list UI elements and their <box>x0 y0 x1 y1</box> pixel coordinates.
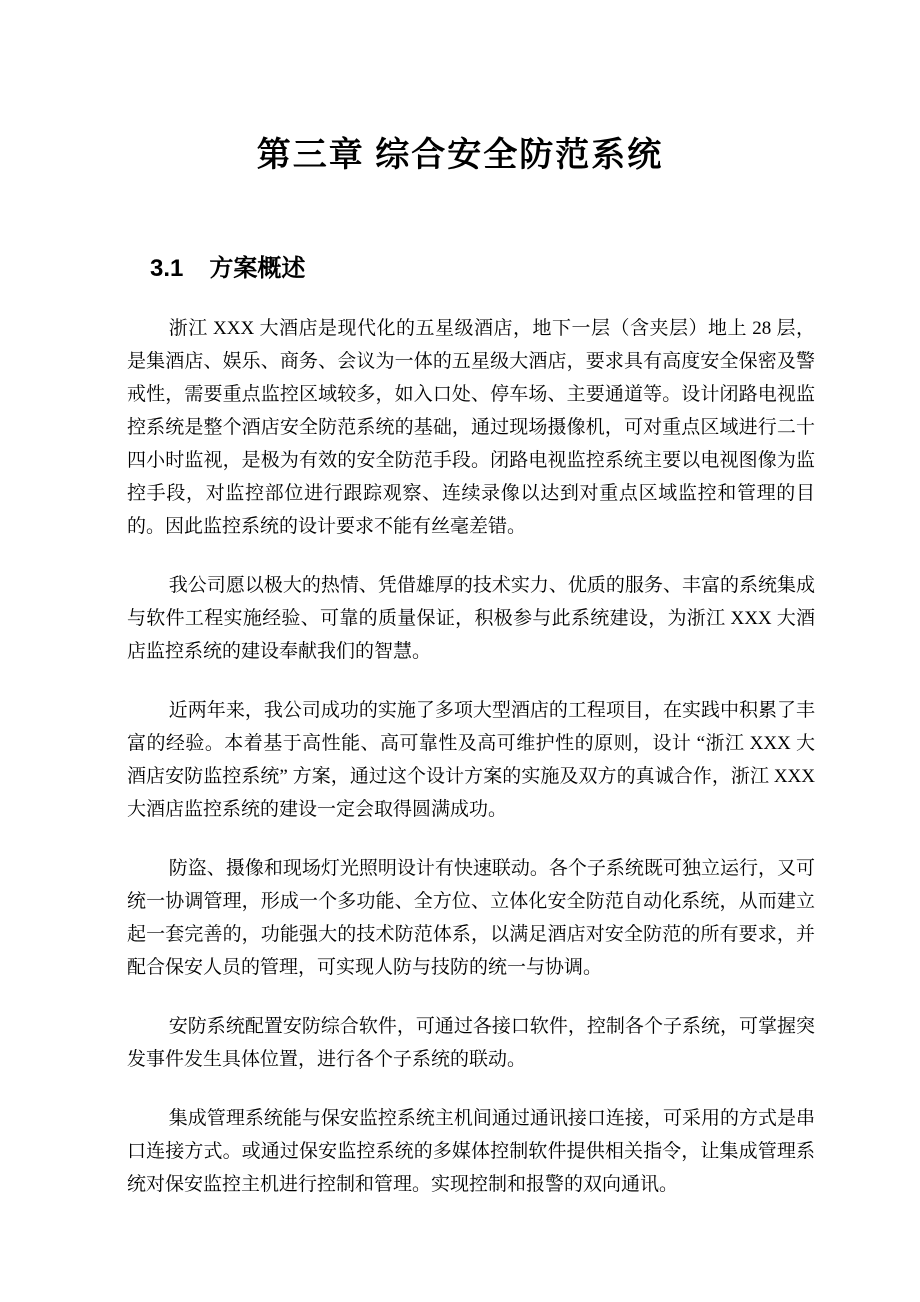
chapter-title: 第三章 综合安全防范系统 <box>0 0 920 178</box>
paragraph-overview: 浙江 XXX 大酒店是现代化的五星级酒店，地下一层（含夹层）地上 28 层，是集… <box>127 312 815 543</box>
paragraph-linkage: 防盗、摄像和现场灯光照明设计有快速联动。各个子系统既可独立运行，又可统一协调管理… <box>127 852 815 984</box>
paragraph-integration: 集成管理系统能与保安监控系统主机间通过通讯接口连接，可采用的方式是串口连接方式。… <box>127 1102 815 1201</box>
document-page: 第三章 综合安全防范系统 3.1方案概述 浙江 XXX 大酒店是现代化的五星级酒… <box>0 0 920 1302</box>
document-body: 浙江 XXX 大酒店是现代化的五星级酒店，地下一层（含夹层）地上 28 层，是集… <box>127 312 815 1201</box>
paragraph-experience: 近两年来，我公司成功的实施了多项大型酒店的工程项目，在实践中积累了丰富的经验。本… <box>127 694 815 826</box>
section-number: 3.1 <box>150 254 183 284</box>
paragraph-company-commitment: 我公司愿以极大的热情、凭借雄厚的技术实力、优质的服务、丰富的系统集成与软件工程实… <box>127 569 815 668</box>
section-heading: 3.1方案概述 <box>150 254 920 284</box>
paragraph-software: 安防系统配置安防综合软件，可通过各接口软件，控制各个子系统，可掌握突发事件发生具… <box>127 1010 815 1076</box>
section-title: 方案概述 <box>209 255 305 282</box>
